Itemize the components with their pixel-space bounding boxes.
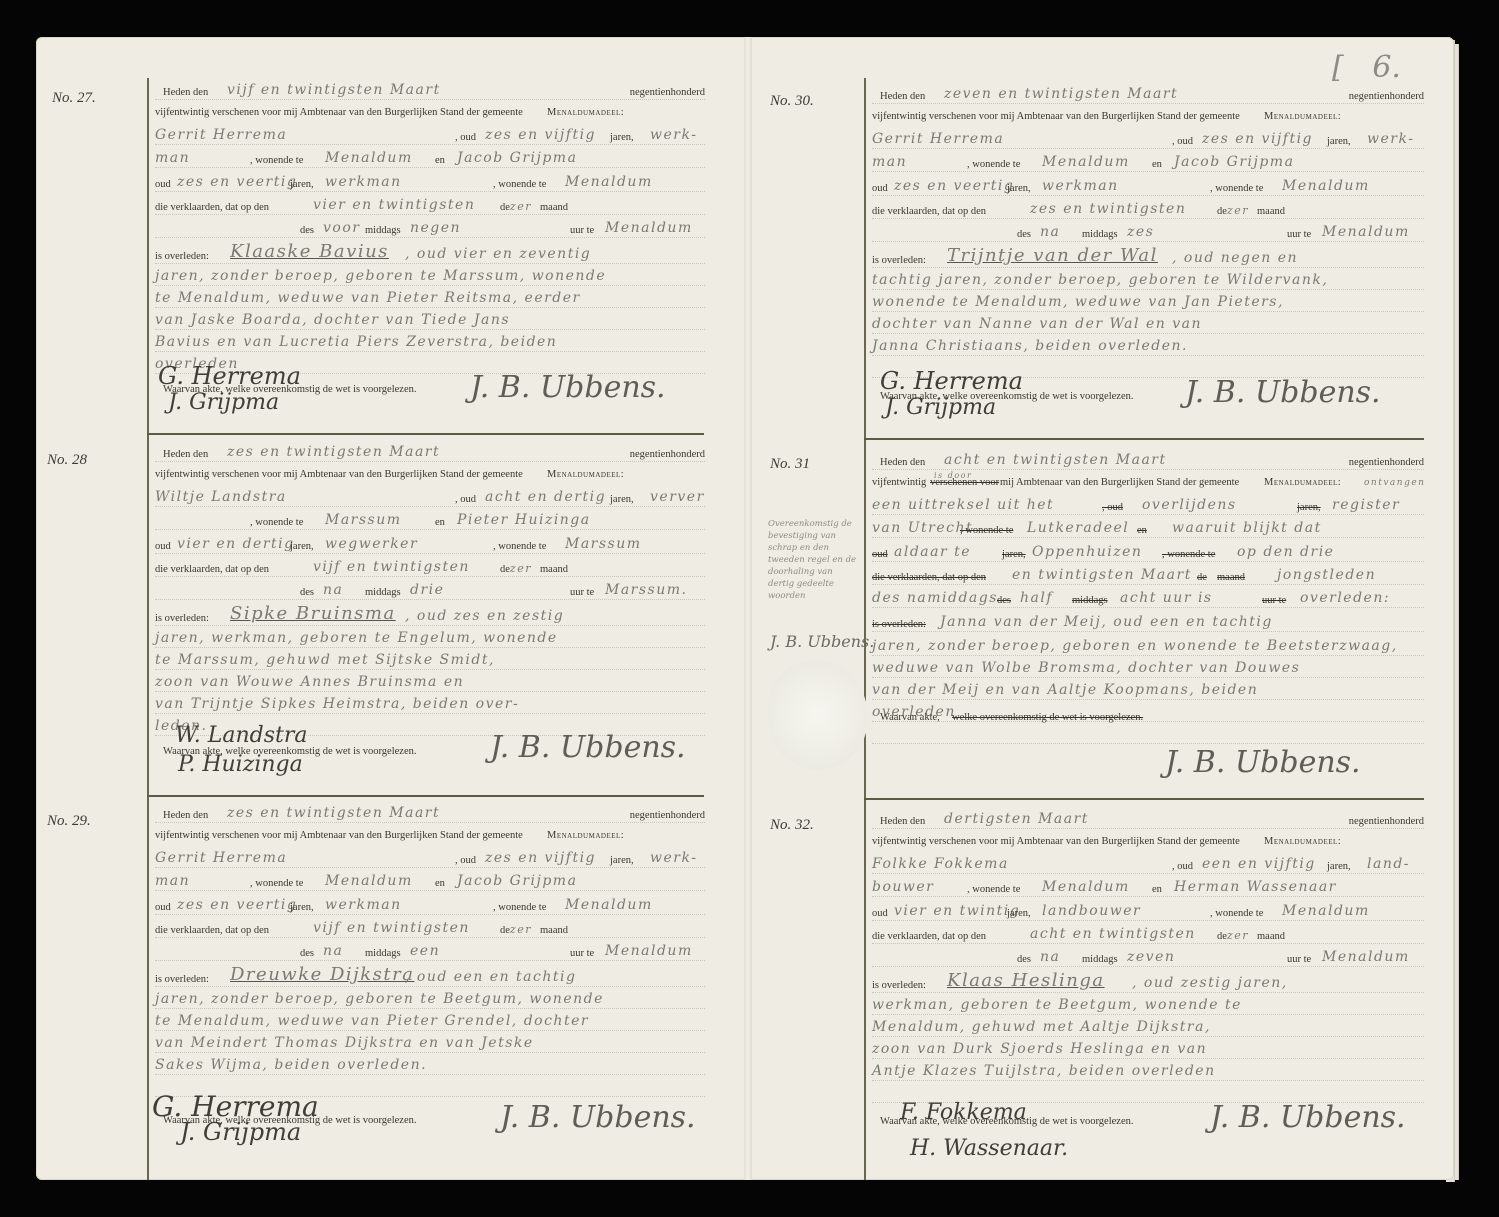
deceased-name: Klaas Heslinga [947,970,1105,991]
body-line: werkman, geboren te Beetgum, wonende te [872,995,1424,1019]
informant1-line: Folkke Fokkema , oud een en vijftig jare… [872,854,1424,878]
body-line: zoon van Durk Sjoerds Heslinga en van [872,1039,1424,1063]
informant2-line: oud vier en twintig jaren, landbouwer , … [872,901,1424,925]
body-line: Antje Klazes Tuijlstra, beiden overleden [872,1061,1424,1085]
death-time-line: des na middags zeven uur te Menaldum [872,947,1424,971]
deceased-line: is overleden: Klaas Heslinga , oud zesti… [872,971,1424,997]
record-intro-line: vijfentwintig verschenen voor mij Ambten… [872,829,1424,853]
informant1-residence-line: bouwer , wonende te Menaldum en Herman W… [872,877,1424,901]
registrar-signature: J. B. Ubbens. [1210,1100,1406,1135]
witness-signature: H. Wassenaar. [910,1136,1068,1161]
record-number: No. 32. [770,817,814,834]
witness-signature: F. Fokkema [900,1100,1027,1125]
body-line: Menaldum, gehuwd met Aaltje Dijkstra, [872,1017,1424,1041]
death-day-line: die verklaarden, dat op den acht en twin… [872,924,1424,948]
death-record-32: No. 32. Heden den dertigsten Maart negen… [0,0,1499,1217]
